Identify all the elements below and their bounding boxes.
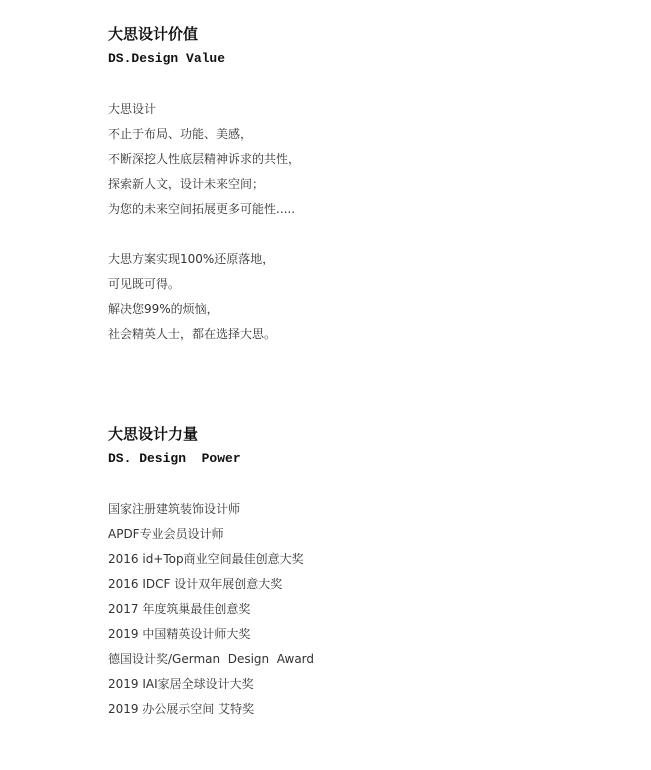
text-line: 探索新人文，设计未来空间； bbox=[108, 176, 264, 192]
award-item: 2019 中国精英设计师大奖 bbox=[108, 626, 250, 642]
text-line: 不断深挖人性底层精神诉求的共性， bbox=[108, 151, 300, 167]
award-item: APDF专业会员设计师 bbox=[108, 526, 224, 542]
award-item: 2019 办公展示空间 艾特奖 bbox=[108, 701, 254, 717]
section-title: 大思设计价值 bbox=[108, 24, 198, 44]
text-line: 解决您99%的烦恼， bbox=[108, 301, 219, 317]
text-line: 可见既可得。 bbox=[108, 276, 180, 292]
section-title: 大思设计力量 bbox=[108, 424, 198, 444]
award-item: 2017 年度筑巢最佳创意奖 bbox=[108, 601, 250, 617]
award-item: 2016 IDCF 设计双年展创意大奖 bbox=[108, 576, 282, 592]
text-line: 大思方案实现100%还原落地， bbox=[108, 251, 274, 267]
text-line: 社会精英人士，都在选择大思。 bbox=[108, 326, 276, 342]
award-item: 德国设计奖/German Design Award bbox=[108, 651, 314, 667]
award-item: 2019 IAI家居全球设计大奖 bbox=[108, 676, 254, 692]
text-line: 大思设计 bbox=[108, 101, 156, 117]
text-line: 为您的未来空间拓展更多可能性..... bbox=[108, 201, 295, 217]
award-item: 2016 id+Top商业空间最佳创意大奖 bbox=[108, 551, 304, 567]
section-subtitle: DS.Design Value bbox=[108, 50, 225, 68]
text-line: 不止于布局、功能、美感， bbox=[108, 126, 252, 142]
section-subtitle: DS. Design Power bbox=[108, 450, 241, 468]
award-item: 国家注册建筑装饰设计师 bbox=[108, 501, 240, 517]
